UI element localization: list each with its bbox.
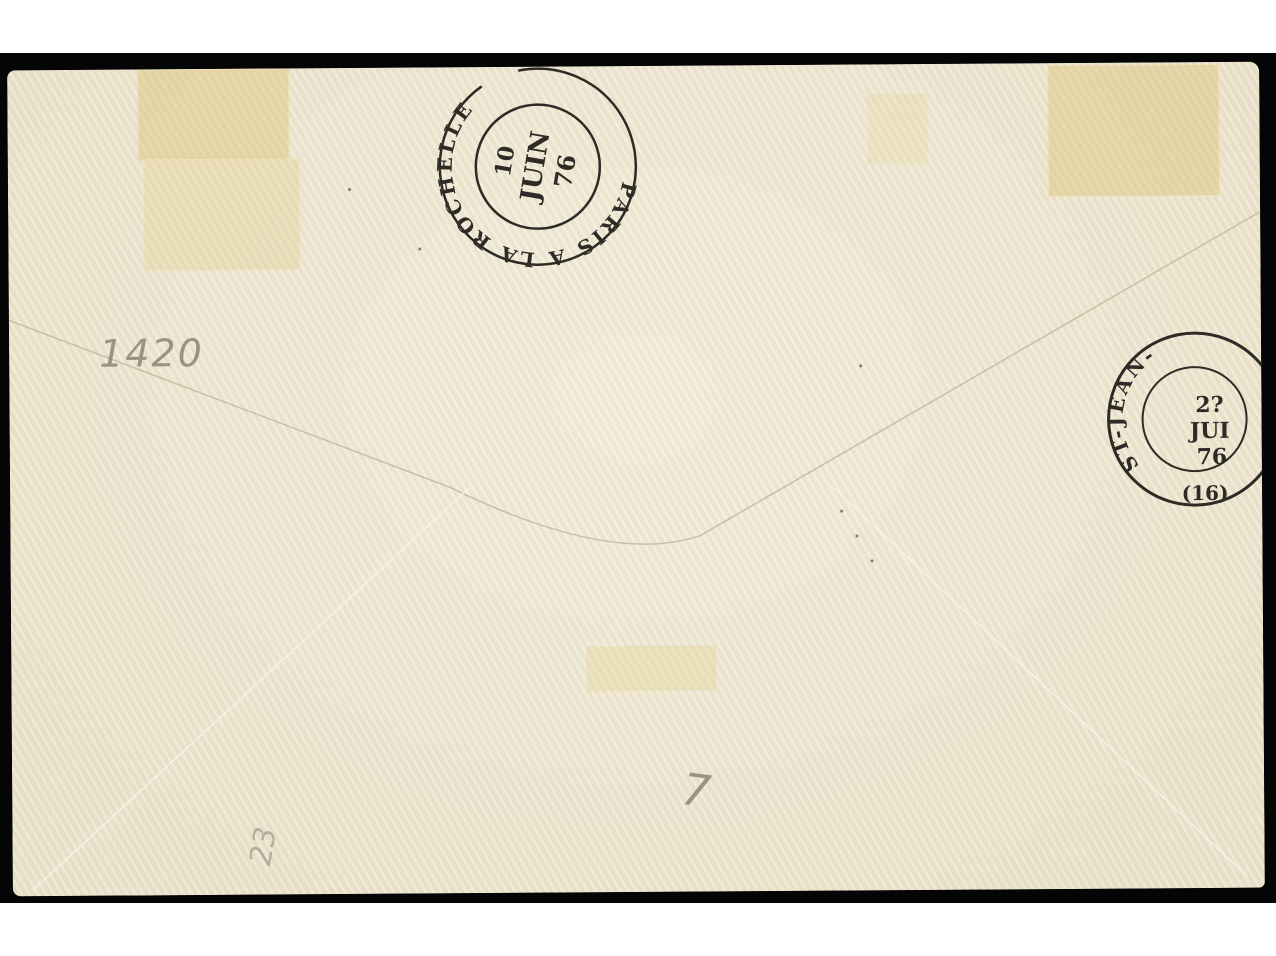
pencil-note-23: 23 — [243, 824, 284, 867]
hinge-stain-top — [867, 94, 927, 164]
hinge-stain-center — [586, 645, 716, 691]
ink-speck — [348, 188, 351, 191]
svg-text:JUI: JUI — [1188, 418, 1230, 444]
ink-speck — [418, 247, 421, 250]
ink-speck — [840, 510, 843, 513]
ink-speck — [855, 534, 858, 537]
tape-remnant-left — [143, 158, 301, 271]
svg-text:10: 10 — [490, 144, 521, 179]
tape-remnant-top-left — [137, 68, 290, 161]
tape-remnant-top-right — [1047, 64, 1220, 197]
ink-speck — [871, 559, 874, 562]
postmark-st-jean: ST-JEAN- 2? JUI 76 (16) — [1099, 323, 1265, 514]
postmark-paris-la-rochelle: PARIS A LA ROCHELLE 10 JUIN 76 — [427, 62, 649, 278]
svg-text:76: 76 — [548, 152, 582, 190]
svg-text:2?: 2? — [1195, 392, 1223, 418]
svg-text:(16): (16) — [1182, 481, 1229, 505]
envelope-back: PARIS A LA ROCHELLE 10 JUIN 76 ST-JEAN- … — [7, 62, 1265, 897]
pencil-note-1420: 1420 — [99, 331, 204, 376]
ink-speck — [859, 364, 862, 367]
svg-text:76: 76 — [1196, 444, 1227, 470]
